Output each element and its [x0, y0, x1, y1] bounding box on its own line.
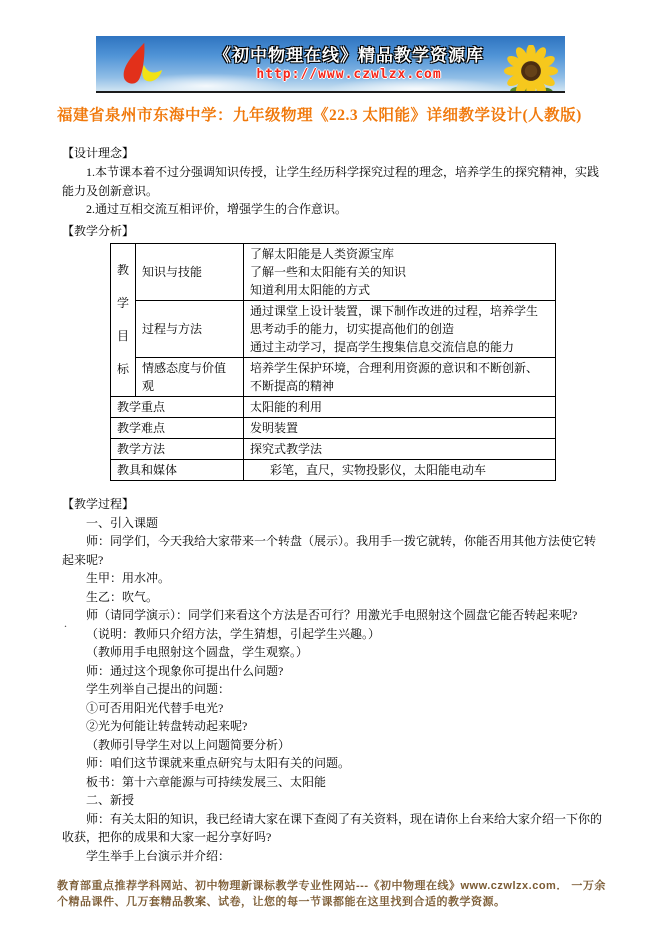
row-label: 情感态度与价值观 [136, 357, 244, 396]
row-value: 发明装置 [244, 417, 556, 438]
banner-site-title: 《初中物理在线》精品教学资源库 [214, 41, 484, 66]
row-value: 培养学生保护环境，合理利用资源的意识和不断创新、不断提高的精神 [244, 357, 556, 396]
document-page: 《初中物理在线》精品教学资源库 http://www.czwlzx.com [0, 0, 661, 936]
objectives-cell: 教学目标 [111, 243, 136, 396]
value-line: 通过主动学习，提高学生搜集信息交流信息的能力 [250, 338, 549, 356]
row-value: 探究式教学法 [244, 438, 556, 459]
paragraph-line: 2.通过互相交流互相评价，增强学生的合作意识。 [62, 200, 605, 219]
document-body: 【设计理念】 1.本节课本着不过分强调知识传授，让学生经历科学探究过程的理念，培… [0, 127, 661, 865]
paragraph-line: 师：咱们这节课就来重点研究与太阳有关的问题。 [62, 754, 605, 773]
objectives-label: 教学目标 [117, 254, 130, 386]
design-concept-items: 1.本节课本着不过分强调知识传授，让学生经历科学探究过程的理念，培养学生的探究精… [62, 163, 605, 219]
document-title: 福建省泉州市东海中学：九年级物理《22.3 太阳能》详细教学设计(人教版) [0, 105, 661, 127]
value-line: 通过课堂上设计装置，课下制作改进的过程，培养学生思考动手的能力，切实提高他们的创… [250, 302, 549, 338]
paragraph-line: 1.本节课本着不过分强调知识传授，让学生经历科学探究过程的理念，培养学生的探究精… [62, 163, 605, 200]
paragraph-line: 学生列举自己提出的问题： [62, 680, 605, 699]
paragraph-line: （教师用手电照射这个圆盘，学生观察。） [62, 643, 605, 662]
site-banner: 《初中物理在线》精品教学资源库 http://www.czwlzx.com [96, 36, 565, 93]
paragraph-line: 生乙：吹气。 [62, 588, 605, 607]
row-value: 太阳能的利用 [244, 396, 556, 417]
site-logo-icon [112, 40, 174, 88]
table-row-emotion: 情感态度与价值观 培养学生保护环境，合理利用资源的意识和不断创新、不断提高的精神 [111, 357, 556, 396]
banner-text-block: 《初中物理在线》精品教学资源库 http://www.czwlzx.com [214, 41, 484, 82]
table-row-key-point: 教学重点 太阳能的利用 [111, 396, 556, 417]
table-row-knowledge: 教学目标 知识与技能 了解太阳能是人类资源宝库 了解一些和太阳能有关的知识 知道… [111, 243, 556, 300]
row-value: 通过课堂上设计装置，课下制作改进的过程，培养学生思考动手的能力，切实提高他们的创… [244, 300, 556, 357]
row-value: 了解太阳能是人类资源宝库 了解一些和太阳能有关的知识 知道利用太阳能的方式 [244, 243, 556, 300]
row-label: 教学方法 [111, 438, 244, 459]
value-line: 知道利用太阳能的方式 [250, 281, 549, 299]
teaching-process-lines: 一、引入课题师：同学们，今天我给大家带来一个转盘（展示）。我用手一拨它就转，你能… [62, 514, 605, 866]
row-label: 知识与技能 [136, 243, 244, 300]
row-label: 过程与方法 [136, 300, 244, 357]
paragraph-line: 师：通过这个现象你可提出什么问题? [62, 662, 605, 681]
table-row-difficulty: 教学难点 发明装置 [111, 417, 556, 438]
row-value: 彩笔，直尺，实物投影仪，太阳能电动车 [244, 459, 556, 480]
teaching-process-heading: 【教学过程】 [62, 495, 605, 514]
row-label: 教学重点 [111, 396, 244, 417]
row-label: 教学难点 [111, 417, 244, 438]
stray-mark: . [64, 616, 67, 631]
banner-site-url-link[interactable]: http://www.czwlzx.com [214, 67, 484, 82]
teaching-analysis-heading: 【教学分析】 [62, 222, 605, 241]
paragraph-line: ①可否用阳光代替手电光? [62, 699, 605, 718]
design-concept-heading: 【设计理念】 [62, 144, 605, 163]
table-row-method: 教学方法 探究式教学法 [111, 438, 556, 459]
paragraph-line: （教师引导学生对以上问题简要分析） [62, 736, 605, 755]
paragraph-line: 师：同学们，今天我给大家带来一个转盘（展示）。我用手一拨它就转，你能否用其他方法… [62, 532, 605, 569]
paragraph-line: 师：有关太阳的知识，我已经请大家在课下查阅了有关资料，现在请你上台来给大家介绍一… [62, 810, 605, 847]
table-row-process-method: 过程与方法 通过课堂上设计装置，课下制作改进的过程，培养学生思考动手的能力，切实… [111, 300, 556, 357]
value-line: 培养学生保护环境，合理利用资源的意识和不断创新、不断提高的精神 [250, 359, 549, 395]
row-label: 教具和媒体 [111, 459, 244, 480]
paragraph-line: ②光为何能让转盘转动起来呢? [62, 717, 605, 736]
paragraph-line: 生甲：用水冲。 [62, 569, 605, 588]
sunflower-image [503, 45, 559, 93]
footer-note: 教育部重点推荐学科网站、初中物理新课标教学专业性网站---《初中物理在线》www… [57, 878, 615, 910]
paragraph-line: 师（请同学演示）：同学们来看这个方法是否可行？用激光手电照射这个圆盘它能否转起来… [62, 606, 605, 625]
paragraph-line: 一、引入课题 [62, 514, 605, 533]
table-row-media: 教具和媒体 彩笔，直尺，实物投影仪，太阳能电动车 [111, 459, 556, 480]
paragraph-line: 学生举手上台演示并介绍： [62, 847, 605, 866]
value-line: 了解太阳能是人类资源宝库 [250, 245, 549, 263]
paragraph-line: 二、新授 [62, 791, 605, 810]
teaching-analysis-table: 教学目标 知识与技能 了解太阳能是人类资源宝库 了解一些和太阳能有关的知识 知道… [110, 243, 556, 481]
value-line: 了解一些和太阳能有关的知识 [250, 263, 549, 281]
paragraph-line: 板书：第十六章能源与可持续发展三、太阳能 [62, 773, 605, 792]
paragraph-line: （说明：教师只介绍方法，学生猜想，引起学生兴趣。） [62, 625, 605, 644]
